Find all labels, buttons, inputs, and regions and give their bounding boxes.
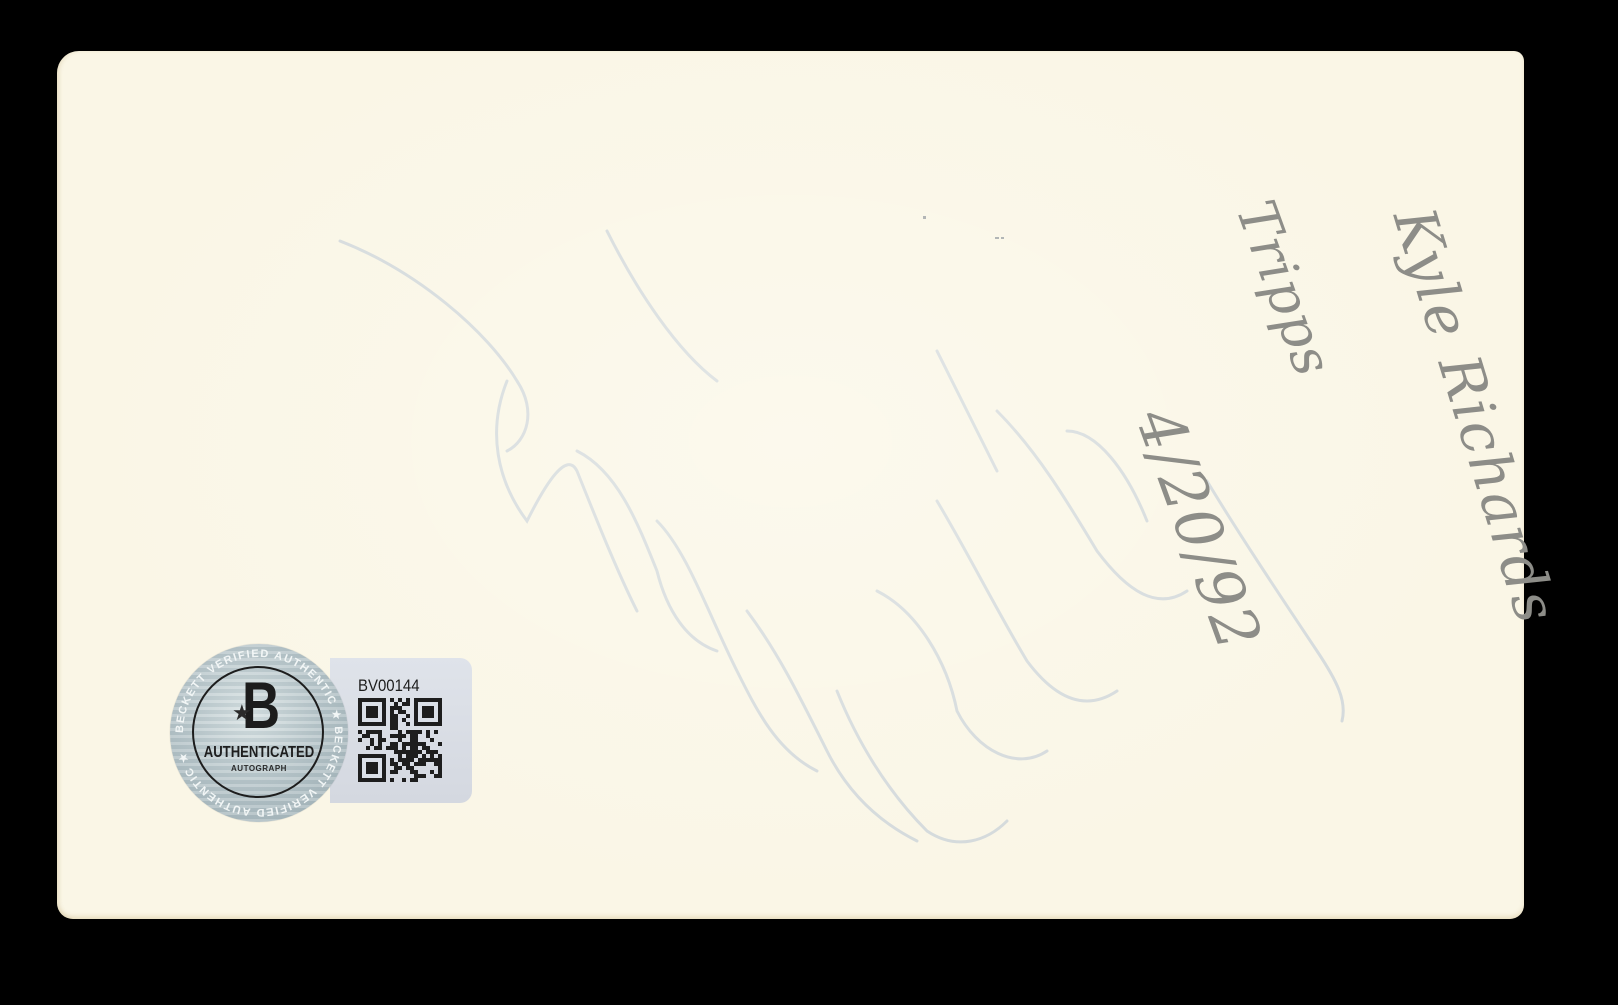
specks	[923, 216, 1004, 239]
certificate-sticker: BV00144	[330, 658, 472, 803]
certificate-id: BV00144	[358, 676, 420, 696]
beckett-hologram: BECKETT VERIFIED AUTHENTIC ★ BECKETT VER…	[170, 644, 348, 822]
qr-code-icon[interactable]	[358, 698, 442, 782]
autograph-label: AUTOGRAPH	[170, 764, 348, 773]
authenticated-label: AUTHENTICATED	[186, 744, 332, 762]
star-icon: ★	[232, 702, 252, 724]
